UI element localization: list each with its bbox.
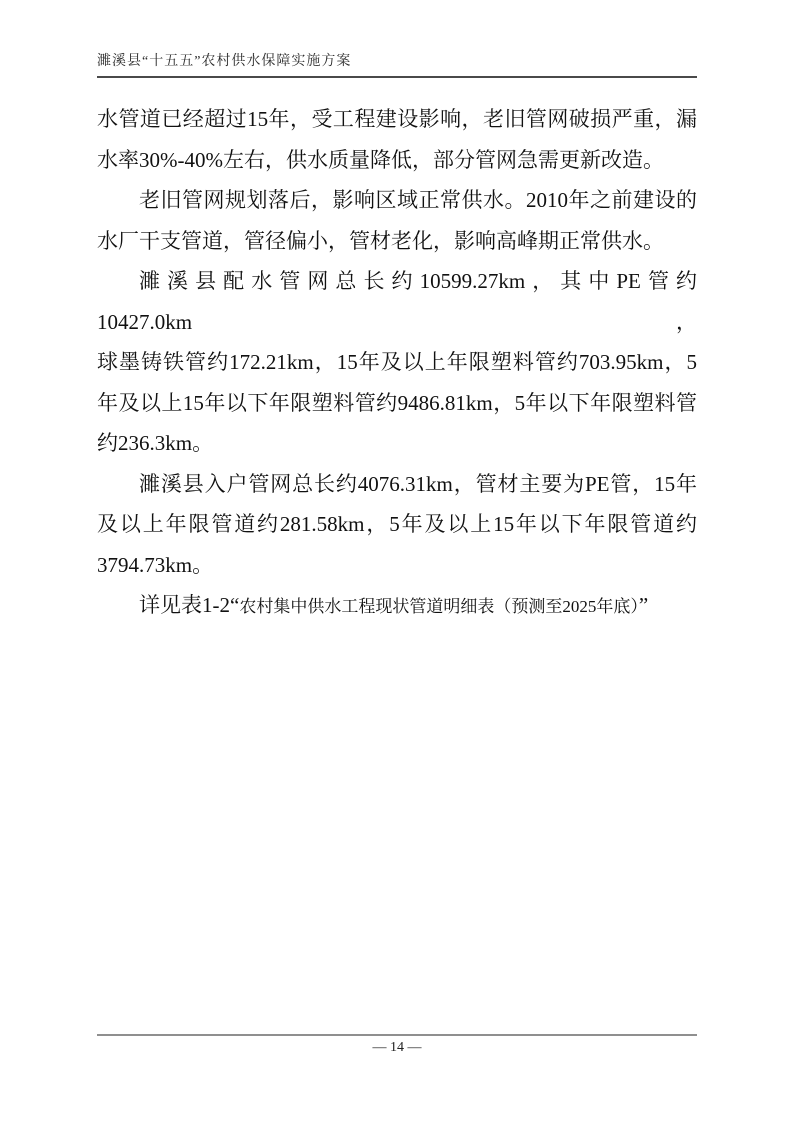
text-segment: 约236.3km。 — [97, 431, 213, 455]
text-segment: 3794.73km。 — [97, 553, 213, 577]
text-line: 老旧管网规划落后，影响区域正常供水。2010年之前建设的 — [97, 180, 697, 221]
text-line: 详见表1-2“农村集中供水工程现状管道明细表（预测至2025年底）” — [97, 585, 697, 628]
document-body: 水管道已经超过15年，受工程建设影响，老旧管网破损严重，漏水率30%-40%左右… — [97, 99, 697, 628]
footer-divider — [97, 1034, 697, 1036]
text-segment: 详见表1-2“ — [139, 593, 239, 617]
text-line: 濉溪县配水管网总长约10599.27km，其中PE管约10427.0km， — [97, 261, 697, 342]
text-segment: 濉溪县入户管网总长约4076.31km，管材主要为PE管，15年 — [139, 472, 697, 496]
text-line: 濉溪县入户管网总长约4076.31km，管材主要为PE管，15年 — [97, 464, 697, 505]
text-line: 水厂干支管道，管径偏小，管材老化，影响高峰期正常供水。 — [97, 221, 697, 262]
page-content: 濉溪县“十五五”农村供水保障实施方案 水管道已经超过15年，受工程建设影响，老旧… — [97, 53, 697, 628]
text-segment: ” — [639, 593, 648, 617]
text-segment: 农村集中供水工程现状管道明细表（预测至2025年底） — [239, 597, 639, 616]
text-line: 约236.3km。 — [97, 423, 697, 464]
text-line: 水管道已经超过15年，受工程建设影响，老旧管网破损严重，漏 — [97, 99, 697, 140]
page-header: 濉溪县“十五五”农村供水保障实施方案 — [97, 53, 697, 78]
page-footer: — 14 — — [97, 1034, 697, 1056]
text-line: 球墨铸铁管约172.21km，15年及以上年限塑料管约703.95km，5 — [97, 342, 697, 383]
page-number: — 14 — — [97, 1040, 697, 1056]
text-segment: 水管道已经超过15年，受工程建设影响，老旧管网破损严重，漏 — [97, 107, 697, 131]
text-segment: 水率30%-40%左右，供水质量降低，部分管网急需更新改造。 — [97, 148, 664, 172]
text-segment: 濉溪县配水管网总长约10599.27km，其中PE管约10427.0km， — [97, 269, 697, 334]
text-segment: 老旧管网规划落后，影响区域正常供水。2010年之前建设的 — [139, 188, 697, 212]
header-title: 濉溪县“十五五”农村供水保障实施方案 — [97, 53, 697, 71]
text-line: 水率30%-40%左右，供水质量降低，部分管网急需更新改造。 — [97, 140, 697, 181]
text-segment: 水厂干支管道，管径偏小，管材老化，影响高峰期正常供水。 — [97, 229, 664, 253]
text-segment: 及以上年限管道约281.58km，5年及以上15年以下年限管道约 — [97, 512, 697, 536]
text-segment: 球墨铸铁管约172.21km，15年及以上年限塑料管约703.95km，5 — [97, 350, 697, 374]
text-line: 及以上年限管道约281.58km，5年及以上15年以下年限管道约 — [97, 504, 697, 545]
text-segment: 年及以上15年以下年限塑料管约9486.81km，5年以下年限塑料管 — [97, 391, 697, 415]
text-line: 3794.73km。 — [97, 545, 697, 586]
document-page: 濉溪县“十五五”农村供水保障实施方案 水管道已经超过15年，受工程建设影响，老旧… — [0, 0, 793, 1122]
text-line: 年及以上15年以下年限塑料管约9486.81km，5年以下年限塑料管 — [97, 383, 697, 424]
